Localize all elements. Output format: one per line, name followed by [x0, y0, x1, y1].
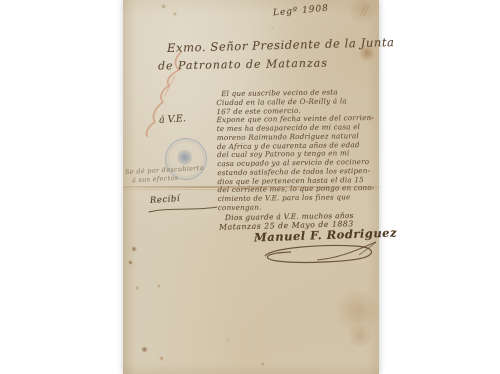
foxing-spot — [131, 246, 137, 252]
large-stain — [347, 324, 373, 348]
addressee-note: á V.E. — [159, 113, 187, 126]
foxing-spot — [226, 338, 230, 342]
foxing-spot — [173, 12, 177, 16]
received-underline-flourish — [147, 205, 219, 215]
foxing-spot — [366, 114, 374, 122]
foxing-spot — [157, 284, 161, 288]
document-page: Legº 1908 Exmo. Señor Presidente de la J… — [123, 0, 379, 374]
foxing-spot — [159, 356, 164, 361]
edge-stain — [359, 44, 375, 62]
foxing-spot — [161, 4, 166, 9]
register-number: Legº 1908 — [273, 4, 330, 19]
margin-annotation: á sus efectos — [132, 174, 179, 184]
foxing-spot — [135, 286, 139, 290]
photo-background: Legº 1908 Exmo. Señor Presidente de la J… — [0, 0, 500, 374]
foxing-spot — [271, 26, 274, 29]
stamp-center — [176, 149, 193, 166]
letter-body: El que suscribe vecino de esta Ciudad en… — [216, 88, 381, 213]
foxing-spot — [128, 260, 133, 265]
signature-rubric — [259, 240, 379, 266]
corner-stain — [347, 0, 379, 24]
foxing-spot — [261, 362, 265, 366]
foxing-spot — [141, 346, 148, 353]
